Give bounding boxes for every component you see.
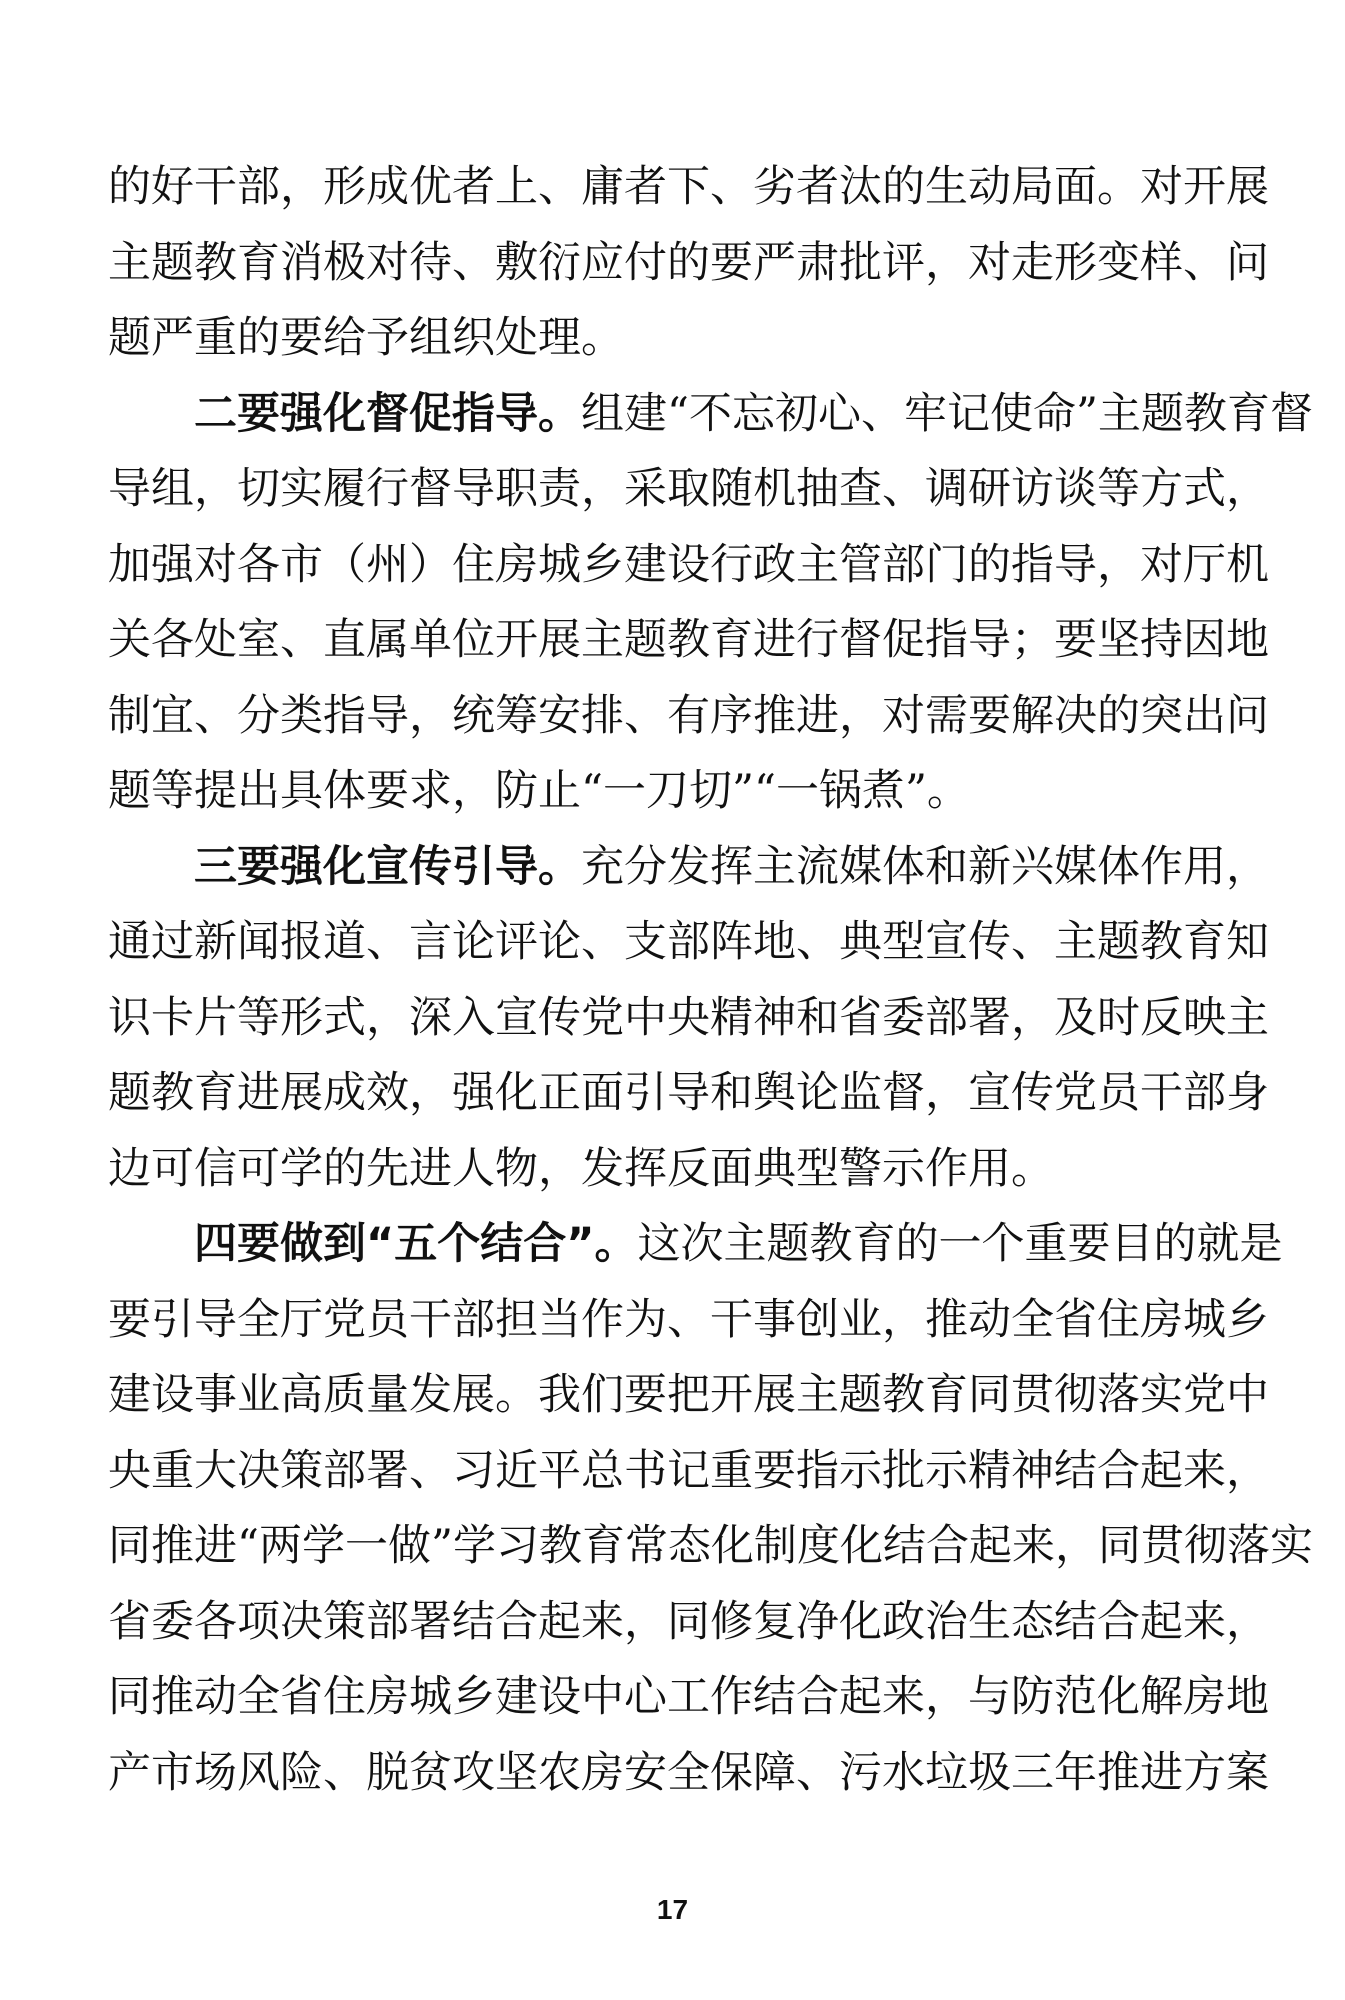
- document-page: 的好干部，形成优者上、庸者下、劣者汰的生动局面。对开展 主题教育消极对待、敷衍应…: [108, 150, 1248, 1811]
- paragraph-text: 这次主题教育的一个重要目的就是: [638, 1219, 1283, 1269]
- paragraph-text: 组建“不忘初心、牢记使命”主题教育督: [581, 389, 1313, 439]
- text-line: 制宜、分类指导，统筹安排、有序推进，对需要解决的突出问: [108, 679, 1248, 755]
- text-line: 同推动全省住房城乡建设中心工作结合起来，与防范化解房地: [108, 1660, 1248, 1736]
- paragraph-five-combinations: 四要做到“五个结合”。这次主题教育的一个重要目的就是 要引导全厅党员干部担当作为…: [108, 1207, 1248, 1811]
- text-line: 省委各项决策部署结合起来，同修复净化政治生态结合起来，: [108, 1585, 1248, 1661]
- text-line: 三要强化宣传引导。充分发挥主流媒体和新兴媒体作用，: [108, 830, 1248, 906]
- text-line: 导组，切实履行督导职责，采取随机抽查、调研访谈等方式，: [108, 452, 1248, 528]
- paragraph-strengthen-supervision: 二要强化督促指导。组建“不忘初心、牢记使命”主题教育督 导组，切实履行督导职责，…: [108, 377, 1248, 830]
- paragraph-lead-heading: 三要强化宣传引导。: [194, 842, 581, 892]
- text-line: 题严重的要给予组织处理。: [108, 301, 1248, 377]
- page-number: 17: [0, 1894, 1345, 1926]
- text-line: 要引导全厅党员干部担当作为、干事创业，推动全省住房城乡: [108, 1283, 1248, 1359]
- paragraph-lead-heading: 四要做到“五个结合”。: [194, 1219, 638, 1269]
- text-line: 主题教育消极对待、敷衍应付的要严肃批评，对走形变样、问: [108, 226, 1248, 302]
- paragraph-strengthen-publicity: 三要强化宣传引导。充分发挥主流媒体和新兴媒体作用， 通过新闻报道、言论评论、支部…: [108, 830, 1248, 1208]
- text-line: 通过新闻报道、言论评论、支部阵地、典型宣传、主题教育知: [108, 905, 1248, 981]
- text-line: 央重大决策部署、习近平总书记重要指示批示精神结合起来，: [108, 1434, 1248, 1510]
- paragraph-continuation: 的好干部，形成优者上、庸者下、劣者汰的生动局面。对开展 主题教育消极对待、敷衍应…: [108, 150, 1248, 377]
- paragraph-lead-heading: 二要强化督促指导。: [194, 389, 581, 439]
- text-line: 题等提出具体要求，防止“一刀切”“一锅煮”。: [108, 754, 1248, 830]
- text-line: 的好干部，形成优者上、庸者下、劣者汰的生动局面。对开展: [108, 150, 1248, 226]
- text-line: 加强对各市（州）住房城乡建设行政主管部门的指导，对厅机: [108, 528, 1248, 604]
- paragraph-text: 充分发挥主流媒体和新兴媒体作用，: [581, 842, 1269, 892]
- text-line: 同推进“两学一做”学习教育常态化制度化结合起来，同贯彻落实: [108, 1509, 1248, 1585]
- text-line: 识卡片等形式，深入宣传党中央精神和省委部署，及时反映主: [108, 981, 1248, 1057]
- text-line: 边可信可学的先进人物，发挥反面典型警示作用。: [108, 1132, 1248, 1208]
- text-line: 产市场风险、脱贫攻坚农房安全保障、污水垃圾三年推进方案: [108, 1736, 1248, 1812]
- text-line: 题教育进展成效，强化正面引导和舆论监督，宣传党员干部身: [108, 1056, 1248, 1132]
- text-line: 关各处室、直属单位开展主题教育进行督促指导；要坚持因地: [108, 603, 1248, 679]
- text-line: 建设事业高质量发展。我们要把开展主题教育同贯彻落实党中: [108, 1358, 1248, 1434]
- text-line: 四要做到“五个结合”。这次主题教育的一个重要目的就是: [108, 1207, 1248, 1283]
- text-line: 二要强化督促指导。组建“不忘初心、牢记使命”主题教育督: [108, 377, 1248, 453]
